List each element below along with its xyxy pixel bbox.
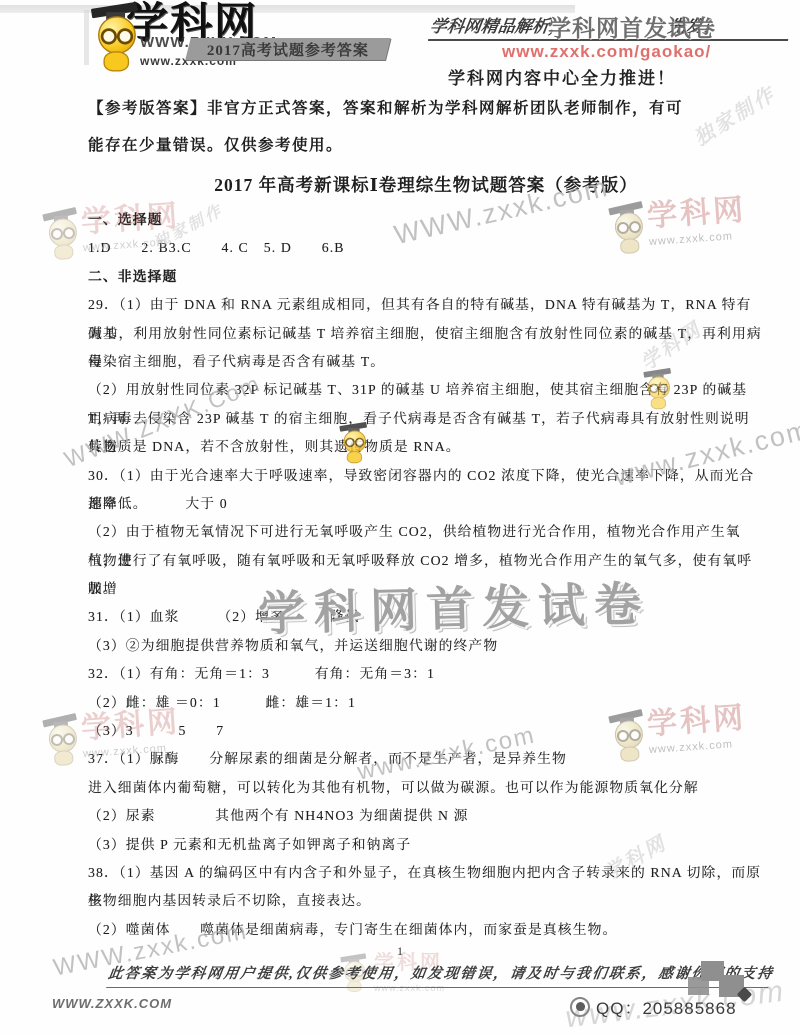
mascot-watermark-icon bbox=[341, 423, 367, 465]
qq-number: QQ：205885868 bbox=[596, 994, 737, 1019]
first-release-watermark: 学科网首发试卷 bbox=[548, 10, 716, 43]
page-header: 学科网 WWW.ZXXK.COM www.zxxk.com 2017高考试题参考… bbox=[0, 0, 800, 86]
answer-line: （2）雌：雄 ＝0：1 雌：雄＝1：1 bbox=[88, 689, 764, 717]
answer-line: （2）尿素 其他两个有 NH4NO3 为细菌提供 N 源 bbox=[88, 802, 764, 830]
page-number: 1 bbox=[0, 944, 800, 959]
mascot-watermark-icon bbox=[44, 715, 80, 769]
section-heading: 一、选择题 bbox=[88, 206, 764, 234]
answer-line: 加。 bbox=[88, 575, 764, 603]
document-title: 2017 年高考新课标Ⅰ卷理综生物试题答案（参考版） bbox=[88, 164, 764, 206]
answer-line: 32．（1）有角：无角＝1：3 有角：无角＝3：1 bbox=[88, 660, 764, 688]
exam-answer-banner: 2017高考试题参考答案 bbox=[185, 38, 390, 60]
answer-line: 生物细胞内基因转录后不切除，直接表达。 bbox=[88, 887, 764, 915]
disclaimer-line: 【参考版答案】非官方正式答案，答案和解析为学科网解析团队老师制作，有可 bbox=[88, 90, 764, 127]
answer-line: 传物质是 DNA，若不含放射性，则其遗传物质是 RNA。 bbox=[88, 433, 764, 461]
megaphone-icon bbox=[570, 997, 590, 1017]
answer-line: 29．（1）由于 DNA 和 RNA 元素组成相同，但其有各自的特有碱基，DNA… bbox=[88, 291, 764, 319]
mascot-watermark-icon bbox=[645, 369, 671, 411]
answer-line: 为 U，利用放射性同位素标记碱基 T 培养宿主细胞，使宿主细胞含有放射性同位素的… bbox=[88, 320, 764, 348]
answer-line: 31．（1）血浆 （2）增多 降低 bbox=[88, 603, 764, 631]
answer-line: 植物进行了有氧呼吸，随有氧呼吸和无氧呼吸释放 CO2 增多，植物光合作用产生的氧… bbox=[88, 547, 764, 575]
footer-qq-contact: QQ：205885868 bbox=[570, 994, 737, 1019]
answer-line: （2）噬菌体 噬菌体是细菌病毒，专门寄生在细菌体内，而家蚕是真核生物。 bbox=[88, 916, 764, 944]
section-heading: 二、非选择题 bbox=[88, 263, 764, 291]
answer-line: 30．（1）由于光合速率大于呼吸速率，导致密闭容器内的 CO2 浓度下降，使光合… bbox=[88, 462, 764, 490]
scanned-answer-page: 学科网 WWW.ZXXK.COM www.zxxk.com 2017高考试题参考… bbox=[0, 0, 800, 1035]
answer-line: （3）提供 P 元素和无机盐离子如钾离子和钠离子 bbox=[88, 831, 764, 859]
answer-line: 38．（1）基因 A 的编码区中有内含子和外显子，在真核生物细胞内把内含子转录来… bbox=[88, 859, 764, 887]
slogan-left: 学科网精品解析， bbox=[429, 17, 568, 36]
handwritten-slogan: 学科网精品解析，学科网首发试先发！ 学科网首发试卷 bbox=[428, 12, 792, 41]
answer-line: 37．（1）脲酶 分解尿素的细菌是分解者，而不是生产者，是异养生物 bbox=[88, 745, 764, 773]
answer-line: （3）②为细胞提供营养物质和氧气，并运送细胞代谢的终产物 bbox=[88, 632, 764, 660]
answer-line: 进入细菌体内葡萄糖，可以转化为其他有机物，可以做为碳源。也可以作为能源物质氧化分… bbox=[88, 774, 764, 802]
disclaimer-line: 能存在少量错误。仅供参考使用。 bbox=[88, 127, 764, 164]
footer-disclaimer: 此答案为学科网用户提供,仅供参考使用，如发现错误，请及时与我们联系，感谢你们的支… bbox=[106, 962, 772, 988]
banner-label: 2017高考试题参考答案 bbox=[207, 39, 369, 60]
mascot-watermark-icon bbox=[44, 209, 80, 263]
corner-square-decor bbox=[688, 977, 709, 995]
header-slogans: 学科网精品解析，学科网首发试先发！ 学科网首发试卷 www.zxxk.com/g… bbox=[430, 12, 790, 89]
answer-line: 1.D 2. B3.C 4. C 5. D 6.B bbox=[88, 234, 764, 262]
answer-line: （2）由于植物无氧情况下可进行无氧呼吸产生 CO2，供给植物进行光合作用，植物光… bbox=[88, 518, 764, 546]
answer-line: 都降低。 大于 0 bbox=[88, 490, 764, 518]
answer-line: （3）3 5 7 bbox=[88, 717, 764, 745]
gaokao-link[interactable]: www.zxxk.com/gaokao/ bbox=[502, 42, 790, 62]
mascot-logo-icon bbox=[94, 4, 137, 74]
document-content: 【参考版答案】非官方正式答案，答案和解析为学科网解析团队老师制作，有可 能存在少… bbox=[88, 90, 764, 944]
footer-site-url[interactable]: WWW.ZXXK.COM bbox=[52, 996, 172, 1011]
content-center-slogan: 学科网内容中心全力推进！ bbox=[448, 64, 790, 89]
